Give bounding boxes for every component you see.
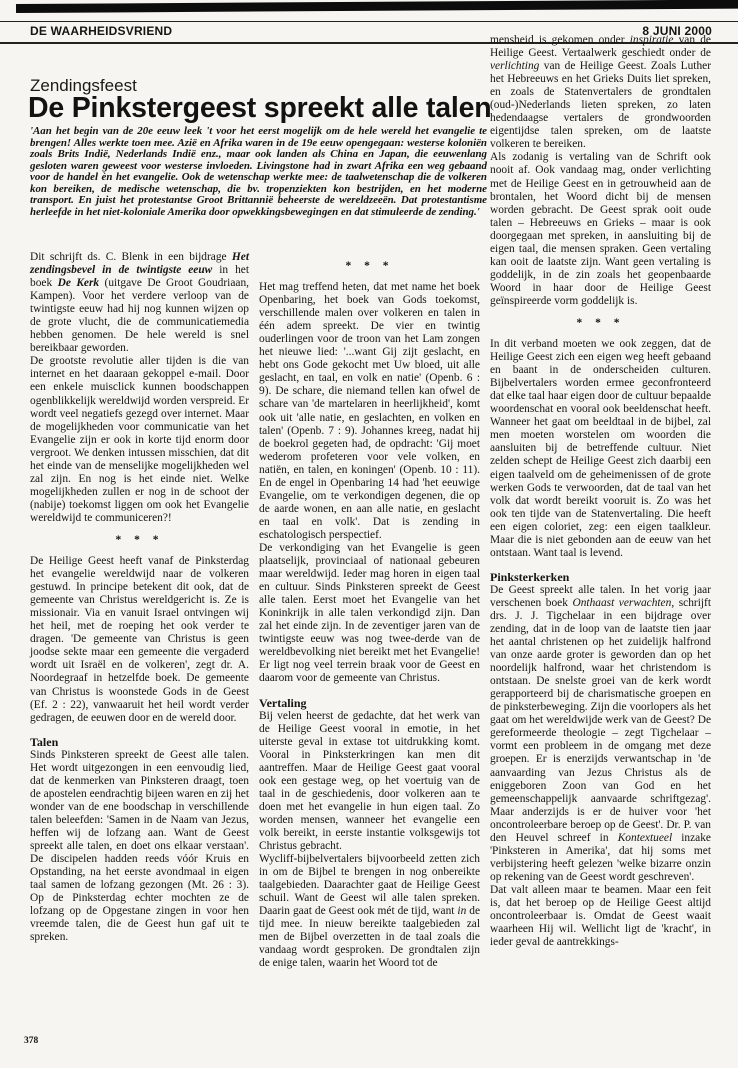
article-paragraph: Wycliff-bijbelvertalers bijvoorbeeld zet…	[259, 853, 480, 970]
article-paragraph: De Geest spreekt alle talen. In het vori…	[490, 584, 711, 884]
section-heading: Vertaling	[259, 697, 480, 710]
article-paragraph: Als zodanig is vertaling van de Schrift …	[490, 151, 711, 308]
article-paragraph: De verkondiging van het Evangelie is gee…	[259, 542, 480, 686]
article-paragraph: De grootste revolutie aller tijden is di…	[30, 355, 249, 525]
article-paragraph: In dit verband moeten we ook zeggen, dat…	[490, 338, 711, 560]
article-paragraph: Bij velen heerst de gedachte, dat het we…	[259, 710, 480, 854]
header-rule-top	[0, 21, 738, 22]
section-separator: * * *	[30, 534, 249, 547]
article-paragraph: Dat valt alleen maar te beamen. Maar een…	[490, 884, 711, 949]
article-paragraph: De Heilige Geest heeft vanaf de Pinkster…	[30, 555, 249, 725]
top-rule-bar	[16, 0, 738, 13]
article-paragraph: mensheid is gekomen onder inspiratie van…	[490, 34, 711, 151]
section-heading: Talen	[30, 736, 249, 749]
section-separator: * * *	[490, 317, 711, 330]
magazine-page: DE WAARHEIDSVRIEND 8 JUNI 2000 Zendingsf…	[0, 0, 738, 1068]
masthead: DE WAARHEIDSVRIEND	[30, 24, 172, 38]
article-paragraph: Het mag treffend heten, dat met name het…	[259, 281, 480, 542]
article-paragraph: Dit schrijft ds. C. Blenk in een bijdrag…	[30, 251, 249, 355]
text-column-1: Dit schrijft ds. C. Blenk in een bijdrag…	[30, 251, 249, 944]
article-title: De Pinkstergeest spreekt alle talen	[28, 92, 498, 125]
section-separator: * * *	[259, 260, 480, 273]
article-paragraph: Sinds Pinksteren spreekt de Geest alle t…	[30, 749, 249, 945]
section-heading: Pinksterkerken	[490, 571, 711, 584]
page-number: 378	[24, 1036, 38, 1046]
text-column-2: * * *Het mag treffend heten, dat met nam…	[259, 251, 480, 970]
article-intro: 'Aan het begin van de 20e eeuw leek 't v…	[30, 126, 487, 218]
text-column-3: mensheid is gekomen onder inspiratie van…	[490, 34, 711, 949]
